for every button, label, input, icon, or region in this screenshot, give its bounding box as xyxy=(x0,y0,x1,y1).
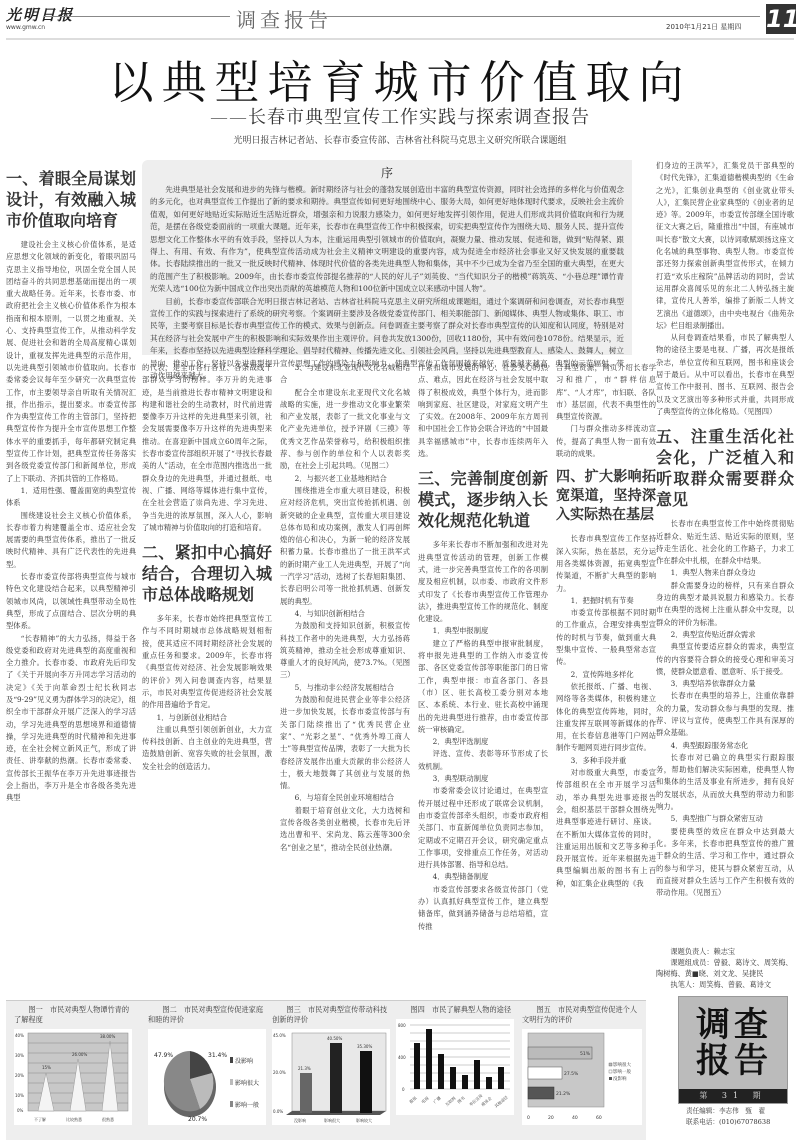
paragraph: 市委宣传部根据不同时期的工作重点，合理安排典型宣传的时机与节奏，做到重大典型集中… xyxy=(556,607,656,668)
svg-text:47.9%: 47.9% xyxy=(154,1052,173,1059)
subheading: 3．多种手段并重 xyxy=(556,755,656,767)
chart-2: 图二 市民对典型宣传促进家庭和睦的评价 47.9%31.4%20.7% 没影响 … xyxy=(148,1005,266,1125)
subheading: 3．典型联动制度 xyxy=(418,773,548,785)
responsible-editors: 责任编辑：李志伟 甄 翟 xyxy=(686,1106,770,1117)
project-lead: 课题负责人：赖志宝 xyxy=(656,946,796,957)
horizontal-bar-chart: 51%27.5%21.2% 0204060 影响很大 影响一般 没影响 xyxy=(522,1029,642,1125)
chart-4: 图四 市民了解典型人物的途径 xyxy=(396,1005,514,1115)
svg-text:26.00%: 26.00% xyxy=(72,1052,87,1057)
svg-text:图书: 图书 xyxy=(456,1095,466,1105)
subheading: 1．典型申报制度 xyxy=(418,625,548,637)
paragraph: 市委常委会议讨论通过，在典型宣传开展过程中还形成了联席会议机制，由市委宣传部牵头… xyxy=(418,785,548,871)
section-heading-3: 三、完善制度创新模式，逐步纳入长效化规范化轨道 xyxy=(418,468,548,531)
paragraph: 多年来长春市不断加强和改进对先进典型宣传活动的管理，创新工作模式，进一步完善典型… xyxy=(418,539,548,625)
article-column-2: 的代表，是全市各行各业、各条战线干部群众学习的榜样。李万升的先进事迹，是当前推进… xyxy=(142,362,272,996)
article-column-6: 们身边的王洪军》，汇集党员干部典型的《时代先锋》，汇集道德楷模典型的《生命之光》… xyxy=(656,160,794,940)
svg-text:0: 0 xyxy=(527,1115,530,1121)
svg-text:40.50%: 40.50% xyxy=(327,1036,342,1041)
subheading: 6．与培育全民创业环境相结合 xyxy=(280,792,410,804)
cylinder-chart: 21.3%40.50%35.30% 45.0%20.0%0.0% 没影响影响很大… xyxy=(272,1029,390,1125)
newspaper-url: www.gmw.cn xyxy=(6,24,45,31)
paragraph: 长春市对已确立的典型实行跟踪服务，帮助他们解决实际困难，使典型人物和集体的生活及… xyxy=(656,752,794,813)
subheading: 3、与建设东北亚现代文化名城相结合 xyxy=(280,362,410,387)
badge-line-2: 报告 xyxy=(687,1043,781,1079)
svg-text:400: 400 xyxy=(398,1055,406,1060)
section-heading-5: 五、注重生活化社会化，广泛植入和听取群众需要群众意见 xyxy=(656,426,794,510)
paragraph: 注重以典型引领创新创业，大力宣传科技创新、自主创业的先进典型，营造鼓励创新、宽容… xyxy=(142,724,272,773)
svg-text:30%: 30% xyxy=(15,1053,24,1058)
svg-text:31.4%: 31.4% xyxy=(208,1052,227,1059)
svg-text:38.00%: 38.00% xyxy=(100,1034,115,1039)
svg-text:比较熟悉: 比较熟悉 xyxy=(66,1116,83,1122)
paragraph: 建设社会主义核心价值体系，是适应思想文化领域的新变化，着眼巩固马克思主义指导地位… xyxy=(6,239,136,485)
svg-text:0.0%: 0.0% xyxy=(273,1109,283,1114)
paragraph: 群众需要身边的榜样，只有来自群众身边的典型才最具说服力和感染力。长春市在典型的选… xyxy=(656,580,794,629)
byline: 光明日报吉林记者站、长春市委宣传部、吉林省社科院马克思主义研究所联合课题组 xyxy=(0,133,800,146)
subheading: 2．与振兴老工业基地相结合 xyxy=(280,473,410,485)
svg-text:40: 40 xyxy=(572,1115,578,1121)
subheading: 4．典型跟踪服务常态化 xyxy=(656,740,794,752)
issue-number: 第 31 期 xyxy=(679,1089,787,1103)
subheading: 1．适用性强、覆盖面宽的典型宣传体系 xyxy=(6,485,136,510)
paragraph: 围绕建设社会主义核心价值体系，长春市着力构建覆盖全市、适应社会发展需要的典型宣传… xyxy=(6,510,136,571)
subheading: 2．宣传阵地多样化 xyxy=(556,669,656,681)
svg-text:互联网: 互联网 xyxy=(443,1095,456,1107)
headline: 以典型培育城市价值取向 xyxy=(0,46,800,111)
chart-caption: 图五 市民对典型宣传促进个人文明行为的评价 xyxy=(522,1005,642,1025)
svg-text:20.7%: 20.7% xyxy=(188,1116,207,1123)
article-column-1: 一、着眼全局谋划设计，有效融入城市价值取向培育 建设社会主义核心价值体系，是适应… xyxy=(6,160,136,996)
svg-text:0%: 0% xyxy=(17,1108,24,1113)
svg-text:0: 0 xyxy=(402,1087,405,1092)
chart-4-plot: 8004000 报纸 电视 广播 互联网 图书 单位宣传 座谈会 其他途径 xyxy=(396,1019,514,1115)
svg-text:35.30%: 35.30% xyxy=(357,1044,372,1049)
svg-text:10%: 10% xyxy=(15,1093,24,1098)
issue-date: 2010年1月21日 星期四 xyxy=(666,22,741,32)
svg-text:影响一般: 影响一般 xyxy=(235,1101,259,1109)
chart-3: 图三 市民对典型宣传带动科技创新的评价 21.3%40.50%35.30% 45… xyxy=(272,1005,390,1125)
chart-1-plot: 15%26.00%38.00% 40%30%20%10%0% 不了解比较熟悉很熟… xyxy=(14,1029,132,1125)
svg-text:不了解: 不了解 xyxy=(34,1116,46,1122)
chart-caption: 图四 市民了解典型人物的途径 xyxy=(396,1005,514,1015)
header-rule-left xyxy=(44,16,230,17)
svg-text:800: 800 xyxy=(398,1023,406,1028)
header-rule-right xyxy=(290,16,760,17)
paragraph: 的代表，是全市各行各业、各条战线干部群众学习的榜样。李万升的先进事迹，是当前推进… xyxy=(142,362,272,534)
subheading: 5．典型推广与群众紧密互动 xyxy=(656,813,794,825)
chart-caption: 图二 市民对典型宣传促进家庭和睦的评价 xyxy=(148,1005,266,1025)
svg-text:没影响: 没影响 xyxy=(613,1075,627,1082)
section-heading-1: 一、着眼全局谋划设计，有效融入城市价值取向培育 xyxy=(6,168,136,231)
paragraph: 作紧扣城市发展的中心、社会关心的热点、难点，因此在经济与社会发展中取得了积极成效… xyxy=(418,362,548,460)
subheading: 1．把握时机有节奏 xyxy=(556,595,656,607)
chart-2-plot: 47.9%31.4%20.7% 没影响 影响很大 影响一般 xyxy=(148,1029,266,1125)
svg-text:20: 20 xyxy=(548,1115,554,1121)
newspaper-logo: 光明日报 xyxy=(6,4,74,25)
paragraph: 典型宣传要适应群众的需求，典型宣传的内容要符合群众的接受心理和审美习惯，使群众愿… xyxy=(656,641,794,678)
bar-chart: 8004000 报纸 电视 广播 互联网 图书 单位宣传 座谈会 其他途径 xyxy=(396,1019,514,1115)
paragraph: 从问卷调查结果看，市民了解典型人物的途径主要是电视、广播，再次是报纸杂志，单位宣… xyxy=(656,332,794,418)
svg-text:影响很大: 影响很大 xyxy=(324,1117,340,1123)
svg-text:电视: 电视 xyxy=(420,1095,430,1105)
section-heading-2: 二、紧扣中心搞好结合，合理切入城市总体战略规划 xyxy=(142,542,272,605)
paragraph: 配合全市建设东北亚现代文化名城战略的实施，进一步推动文化事业繁荣和产业发展，表彰… xyxy=(280,387,410,473)
paragraph: 合典型资源，网页介绍长春学习和推广，市“群样信息库”、“人才库”，市妇联、各队市… xyxy=(556,362,656,423)
svg-text:40%: 40% xyxy=(15,1033,24,1038)
paragraph: 长春市委宣传部将典型宣传与城市特色文化建设结合起来，以典型精神引领城市风尚，以领… xyxy=(6,571,136,632)
column-badge: 调查 报告 第 31 期 xyxy=(678,996,788,1104)
chart-caption: 图三 市民对典型宣传带动科技创新的评价 xyxy=(272,1005,390,1025)
svg-text:报纸: 报纸 xyxy=(408,1095,418,1105)
badge-line-1: 调查 xyxy=(687,1007,781,1043)
svg-text:其他途径: 其他途径 xyxy=(493,1094,509,1109)
section-title: 调查报告 xyxy=(236,4,332,33)
paragraph: 依托报纸、广播、电视、网络等各类媒体，积极构建立体化的典型宣传阵地，同时，注重发… xyxy=(556,681,656,755)
paragraph: 长春市典型宣传工作坚持深入实际，热在基层，充分运用各类媒体资源，拓宽典型宣传渠道… xyxy=(556,533,656,594)
paragraph: 评选、宣传、表彰等环节形成了长效机制。 xyxy=(418,748,548,773)
subheading: 2．典型宣传贴近群众需求 xyxy=(656,629,794,641)
cone-chart: 15%26.00%38.00% 40%30%20%10%0% 不了解比较熟悉很熟… xyxy=(14,1029,132,1125)
chart-caption: 图一 市民对典型人物谭竹青的了解程度 xyxy=(14,1005,132,1025)
editor-info: 责任编辑：李志伟 甄 翟 联系电话：(010)67078638 E-mail:g… xyxy=(686,1106,770,1128)
svg-text:影响一般: 影响一般 xyxy=(613,1068,631,1075)
chart-5-plot: 51%27.5%21.2% 0204060 影响很大 影响一般 没影响 xyxy=(522,1029,642,1125)
subheadline: ——长春市典型宣传工作实践与探索调查报告 xyxy=(0,103,800,129)
article-column-5: 合典型资源，网页介绍长春学习和推广，市“群样信息库”、“人才库”，市妇联、各队市… xyxy=(556,362,656,996)
charts-strip: 图一 市民对典型人物谭竹青的了解程度 15%26.00%38.00% 40%30… xyxy=(6,1000,646,1140)
paragraph: 为鼓励和促进民营企业等非公经济进一步加快发展，长春市委宣传部与有关部门陆续推出了… xyxy=(280,694,410,792)
article-column-3: 3、与建设东北亚现代文化名城相结合 配合全市建设东北亚现代文化名城战略的实施，进… xyxy=(280,362,410,996)
paragraph: 市委宣传部要求各级宣传部门（党办）认真抓好典型宣传工作，建立典型储备库，做到涵养… xyxy=(418,884,548,933)
subheading: 3．典型培养依靠群众力量 xyxy=(656,678,794,690)
page-number: 11 xyxy=(766,4,796,34)
svg-text:广播: 广播 xyxy=(432,1095,442,1105)
svg-text:60: 60 xyxy=(596,1115,602,1121)
paragraph: 长春市在典型的培养上，注重依靠群众的力量，发动群众参与典型的发现、推荐、评议与宣… xyxy=(656,690,794,739)
preface-paragraph: 先进典型是社会发展和进步的先锋与楷模。新时期经济与社会的蓬勃发展创造出丰富的典型… xyxy=(150,184,624,296)
chart-3-plot: 21.3%40.50%35.30% 45.0%20.0%0.0% 没影响影响很大… xyxy=(272,1029,390,1125)
badge-title: 调查 报告 xyxy=(687,1007,781,1079)
paragraph: 要使典型的效应在群众中达到最大化。多年来，长春市把典型宣传的推广置于群众的生活、… xyxy=(656,826,794,900)
pie-chart: 47.9%31.4%20.7% 没影响 影响很大 影响一般 xyxy=(148,1029,266,1125)
section-heading-4: 四、扩大影响拓宽渠道，坚持深入实际热在基层 xyxy=(556,468,656,525)
svg-text:没影响: 没影响 xyxy=(235,1057,253,1065)
subheading: 5．与推动非公经济发展相结合 xyxy=(280,682,410,694)
svg-text:很熟悉: 很熟悉 xyxy=(102,1116,115,1122)
svg-text:21.3%: 21.3% xyxy=(298,1066,311,1071)
paragraph: 们身边的王洪军》，汇集党员干部典型的《时代先锋》，汇集道德楷模典型的《生命之光》… xyxy=(656,160,794,332)
preface-box: 序 先进典型是社会发展和进步的先锋与楷模。新时期经济与社会的蓬勃发展创造出丰富的… xyxy=(142,160,632,355)
svg-text:20.0%: 20.0% xyxy=(273,1070,286,1075)
subheading: 1．典型人物来自群众身边 xyxy=(656,567,794,579)
svg-text:影响较大: 影响较大 xyxy=(356,1117,372,1123)
contact-phone: 联系电话：(010)67078638 xyxy=(686,1117,770,1128)
chart-5: 图五 市民对典型宣传促进个人文明行为的评价 51%27.5%21.2% 0204… xyxy=(522,1005,642,1125)
subheading: 2．典型评选制度 xyxy=(418,736,548,748)
research-credits: 课题负责人：赖志宝 课题组成员：曾毅、葛诗文、周笑梅、陶树梅、黄■晓、刘文龙、吴… xyxy=(656,946,796,990)
svg-text:27.5%: 27.5% xyxy=(564,1071,579,1077)
writers: 执笔人：周笑梅、曾毅、葛诗文 xyxy=(656,979,796,990)
svg-text:21.2%: 21.2% xyxy=(556,1091,571,1097)
chart-1: 图一 市民对典型人物谭竹青的了解程度 15%26.00%38.00% 40%30… xyxy=(14,1005,132,1125)
svg-text:没影响: 没影响 xyxy=(294,1117,306,1123)
paragraph: 门与群众推动多样流动宣传，提高了典型人物一面有效联动的成果。 xyxy=(556,423,656,460)
paragraph: 长春市在典型宣传工作中始终贯彻贴近群众、贴近生活、贴近实际的原则，坚持走生活化、… xyxy=(656,518,794,567)
paragraph: 建立了严格的典型申报审批制度，将申报先进典型的工作纳入市委宣传部、各区党委宣传部… xyxy=(418,638,548,736)
svg-text:45.0%: 45.0% xyxy=(273,1033,286,1038)
svg-text:影响很大: 影响很大 xyxy=(235,1079,259,1087)
paragraph: “长春精神”的大力弘扬，得益于各级党委和政府对先进典型的高度重视和全力推介。长春… xyxy=(6,633,136,805)
paragraph: 为鼓励和支持知识创新，积极宣传科技工作者中的先进典型，大力弘扬蒋筑英精神，推动全… xyxy=(280,620,410,681)
subheading: 4．与知识创新相结合 xyxy=(280,608,410,620)
paragraph: 着眼于培育创业文化，大力选树和宣传各级各类创业楷模，长春市先后评选出曹和平、宋尚… xyxy=(280,805,410,854)
svg-text:51%: 51% xyxy=(580,1051,591,1057)
paragraph: 对市级重大典型，市委宣传部组织在全市开展学习活动，举办典型先进事迹报告会，组织基… xyxy=(556,767,656,890)
svg-text:20%: 20% xyxy=(15,1073,24,1078)
subheading: 4．典型储备制度 xyxy=(418,871,548,883)
header-divider xyxy=(6,38,794,40)
subheading: 1．与创新创业相结合 xyxy=(142,712,272,724)
paragraph: 多年来，长春市始终把典型宣传工作与不同时期城市总体战略规划相衔接，使其适应不同时… xyxy=(142,613,272,711)
svg-text:15%: 15% xyxy=(42,1065,51,1070)
svg-text:影响很大: 影响很大 xyxy=(613,1061,631,1068)
article-column-4: 作紧扣城市发展的中心、社会关心的热点、难点，因此在经济与社会发展中取得了积极成效… xyxy=(418,362,548,996)
project-members: 课题组成员：曾毅、葛诗文、周笑梅、陶树梅、黄■晓、刘文龙、吴捷民 xyxy=(656,957,796,979)
paragraph: 围绕推进全市重大项目建设，积极应对经济危机，突出宣传抢抓机遇、创新突破的企业典型… xyxy=(280,485,410,608)
preface-title: 序 xyxy=(150,164,624,181)
masthead: 光明日报 www.gmw.cn 调查报告 2010年1月21日 星期四 11 xyxy=(0,0,800,40)
